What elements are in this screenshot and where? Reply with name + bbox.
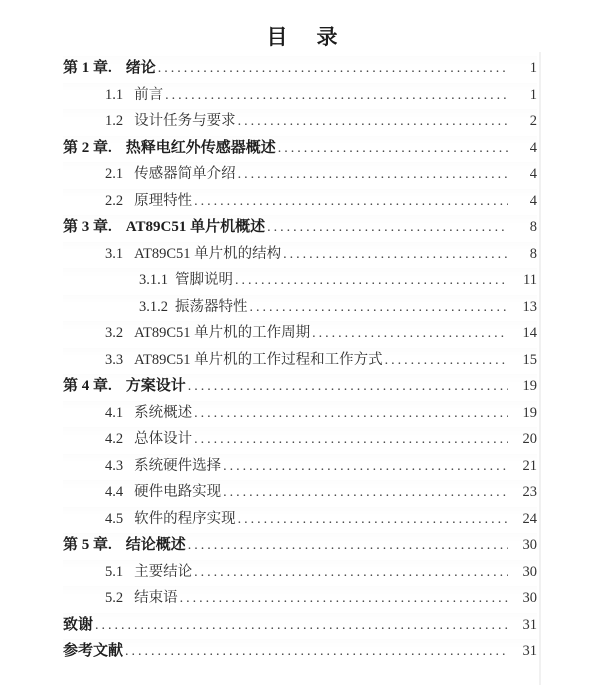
toc-entry-number: 第 1 章. — [63, 56, 112, 77]
toc-entry-page-number: 8 — [513, 219, 537, 236]
toc-row: 第 1 章. 绪论 1 — [63, 56, 537, 83]
toc-entry-number: 第 3 章. — [63, 215, 112, 236]
toc-row: 3.3 AT89C51 单片机的工作过程和工作方式 15 — [63, 348, 537, 375]
toc-entry-title: 致谢 — [63, 613, 93, 634]
toc-row: 3.1 AT89C51 单片机的结构 8 — [63, 242, 537, 269]
toc-entry-page-number: 1 — [513, 87, 537, 104]
toc-row: 5.1 主要结论 30 — [63, 560, 537, 587]
dot-leader — [385, 353, 508, 369]
toc-entry-title: 主要结论 — [134, 560, 192, 581]
toc-entry-page-number: 23 — [513, 484, 537, 501]
toc-entry-number: 3.2 — [105, 325, 123, 342]
dot-leader — [238, 114, 508, 130]
toc-entry-number: 4.3 — [105, 458, 123, 475]
toc-entry-number: 第 5 章. — [63, 533, 112, 554]
toc-entry-number: 3.1.1 — [139, 272, 168, 289]
dot-leader — [235, 273, 508, 289]
toc-entry-title: AT89C51 单片机的工作周期 — [134, 321, 310, 342]
toc-row: 1.2 设计任务与要求 2 — [63, 109, 537, 136]
toc-entry-title: 硬件电路实现 — [134, 480, 221, 501]
toc-row: 3.2 AT89C51 单片机的工作周期 14 — [63, 321, 537, 348]
toc-entry-page-number: 14 — [513, 325, 537, 342]
toc-entry-page-number: 19 — [513, 405, 537, 422]
toc-entry-title: 绪论 — [126, 56, 156, 77]
dot-leader — [194, 406, 508, 422]
dot-leader — [165, 88, 508, 104]
toc-entry-page-number: 30 — [513, 537, 537, 554]
dot-leader — [95, 618, 508, 634]
toc-entry-page-number: 11 — [513, 272, 537, 289]
toc-entry-number: 3.1 — [105, 246, 123, 263]
dot-leader — [223, 485, 508, 501]
toc-entry-title: 系统概述 — [134, 401, 192, 422]
dot-leader — [125, 644, 508, 660]
toc-entry-number: 第 2 章. — [63, 136, 112, 157]
toc-entry-page-number: 1 — [513, 60, 537, 77]
toc-entry-number: 1.1 — [105, 87, 123, 104]
toc-entry-title: AT89C51 单片机概述 — [126, 215, 265, 236]
toc-row: 2.1 传感器简单介绍 4 — [63, 162, 537, 189]
toc-entry-page-number: 24 — [513, 511, 537, 528]
toc-entry-page-number: 4 — [513, 166, 537, 183]
toc-entry-number: 3.1.2 — [139, 299, 168, 316]
dot-leader — [188, 538, 508, 554]
toc-row: 1.1 前言 1 — [63, 83, 537, 110]
toc-entry-number: 1.2 — [105, 113, 123, 130]
toc-row: 4.4 硬件电路实现 23 — [63, 480, 537, 507]
toc-entry-page-number: 13 — [513, 299, 537, 316]
toc-entry-title: 软件的程序实现 — [134, 507, 236, 528]
dot-leader — [194, 565, 508, 581]
toc-entry-title: 设计任务与要求 — [134, 109, 236, 130]
toc-entry-number: 2.2 — [105, 193, 123, 210]
dot-leader — [267, 220, 508, 236]
dot-leader — [194, 432, 508, 448]
toc-entry-page-number: 8 — [513, 246, 537, 263]
dot-leader — [158, 61, 508, 77]
toc-row: 第 2 章. 热释电红外传感器概述 4 — [63, 136, 537, 163]
scan-edge-artifact — [539, 52, 541, 685]
dot-leader — [180, 591, 508, 607]
toc-entry-page-number: 19 — [513, 378, 537, 395]
toc-entry-page-number: 4 — [513, 193, 537, 210]
toc-entry-page-number: 30 — [513, 564, 537, 581]
toc-row: 2.2 原理特性 4 — [63, 189, 537, 216]
toc-entry-page-number: 21 — [513, 458, 537, 475]
dot-leader — [223, 459, 508, 475]
toc-entry-title: 热释电红外传感器概述 — [126, 136, 276, 157]
toc-entry-number: 3.3 — [105, 352, 123, 369]
toc-row: 4.5 软件的程序实现 24 — [63, 507, 537, 534]
dot-leader — [312, 326, 508, 342]
toc-list: 第 1 章. 绪论 1 1.1 前言 1 1.2 设计任务与要求 2 第 2 章… — [0, 56, 608, 666]
toc-row: 第 3 章. AT89C51 单片机概述 8 — [63, 215, 537, 242]
toc-row: 3.1.2 振荡器特性 13 — [63, 295, 537, 322]
toc-entry-page-number: 31 — [513, 643, 537, 660]
toc-row: 4.2 总体设计 20 — [63, 427, 537, 454]
dot-leader — [194, 194, 508, 210]
dot-leader — [250, 300, 509, 316]
toc-row: 4.3 系统硬件选择 21 — [63, 454, 537, 481]
toc-entry-title: 方案设计 — [126, 374, 186, 395]
dot-leader — [283, 247, 508, 263]
toc-row: 3.1.1 管脚说明 11 — [63, 268, 537, 295]
toc-entry-number: 4.4 — [105, 484, 123, 501]
toc-entry-title: 原理特性 — [134, 189, 192, 210]
toc-entry-page-number: 4 — [513, 140, 537, 157]
toc-entry-title: 结束语 — [134, 586, 178, 607]
page-title: 目 录 — [0, 0, 608, 52]
toc-row: 5.2 结束语 30 — [63, 586, 537, 613]
toc-entry-title: 系统硬件选择 — [134, 454, 221, 475]
toc-entry-title: 参考文献 — [63, 639, 123, 660]
toc-row: 参考文献 31 — [63, 639, 537, 666]
toc-entry-title: 总体设计 — [134, 427, 192, 448]
dot-leader — [238, 512, 508, 528]
toc-entry-page-number: 31 — [513, 617, 537, 634]
toc-entry-title: 振荡器特性 — [175, 295, 248, 316]
toc-row: 致谢 31 — [63, 613, 537, 640]
toc-entry-page-number: 15 — [513, 352, 537, 369]
toc-entry-title: AT89C51 单片机的结构 — [134, 242, 281, 263]
toc-entry-title: 管脚说明 — [175, 268, 233, 289]
toc-entry-number: 4.1 — [105, 405, 123, 422]
toc-entry-title: 结论概述 — [126, 533, 186, 554]
toc-entry-number: 5.2 — [105, 590, 123, 607]
scanned-toc-page: 目 录 第 1 章. 绪论 1 1.1 前言 1 1.2 设计任务与要求 2 第… — [0, 0, 608, 691]
toc-entry-number: 4.5 — [105, 511, 123, 528]
toc-entry-title: AT89C51 单片机的工作过程和工作方式 — [134, 348, 383, 369]
toc-entry-number: 5.1 — [105, 564, 123, 581]
toc-entry-number: 4.2 — [105, 431, 123, 448]
toc-row: 第 5 章. 结论概述 30 — [63, 533, 537, 560]
dot-leader — [278, 141, 508, 157]
dot-leader — [238, 167, 508, 183]
toc-row: 第 4 章. 方案设计 19 — [63, 374, 537, 401]
dot-leader — [188, 379, 508, 395]
toc-entry-title: 传感器简单介绍 — [134, 162, 236, 183]
toc-entry-title: 前言 — [134, 83, 163, 104]
toc-row: 4.1 系统概述 19 — [63, 401, 537, 428]
toc-entry-page-number: 20 — [513, 431, 537, 448]
toc-entry-number: 第 4 章. — [63, 374, 112, 395]
toc-entry-number: 2.1 — [105, 166, 123, 183]
toc-entry-page-number: 30 — [513, 590, 537, 607]
toc-entry-page-number: 2 — [513, 113, 537, 130]
